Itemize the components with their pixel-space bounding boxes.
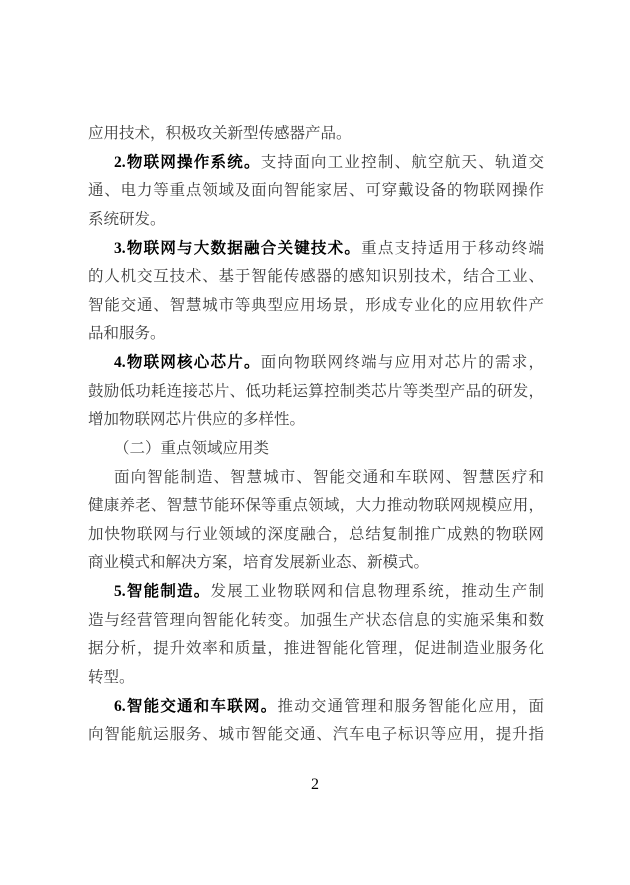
paragraph-heading-run: 6.智能交通和车联网。	[114, 698, 277, 715]
text-run: 推动交通管理和服务智能化应用，面	[277, 698, 544, 715]
paragraph-heading-run: 4.物联网核心芯片。	[114, 354, 261, 371]
paragraph-heading-run: 5.智能制造。	[114, 583, 211, 600]
text-line: 3.物联网与大数据融合关键技术。重点支持适用于移动终端	[88, 235, 544, 264]
text-run: 应用技术，积极攻关新型传感器产品。	[88, 125, 352, 142]
text-line: 应用技术，积极攻关新型传感器产品。	[88, 120, 544, 149]
text-line: 增加物联网芯片供应的多样性。	[88, 406, 544, 435]
text-run: 健康养老、智慧节能环保等重点领域，大力推动物联网规模应用，	[88, 497, 544, 514]
text-line: 5.智能制造。发展工业物联网和信息物理系统，推动生产制	[88, 578, 544, 607]
text-line: 品和服务。	[88, 320, 544, 349]
text-run: 转型。	[88, 669, 135, 686]
text-run: 增加物联网芯片供应的多样性。	[88, 411, 305, 428]
text-line: 鼓励低功耗连接芯片、低功耗运算控制类芯片等类型产品的研发，	[88, 378, 544, 407]
text-run: 面向智能制造、智慧城市、智能交通和车联网、智慧医疗和	[114, 469, 544, 486]
text-line: 向智能航运服务、城市智能交通、汽车电子标识等应用，提升指	[88, 721, 544, 750]
text-line: 系统研发。	[88, 206, 544, 235]
text-run: （二）重点领域应用类	[114, 440, 269, 457]
text-run: 系统研发。	[88, 211, 166, 228]
text-line: 的人机交互技术、基于智能传感器的感知识别技术，结合工业、	[88, 263, 544, 292]
page-number: 2	[0, 776, 630, 794]
text-run: 通、电力等重点领域及面向智能家居、可穿戴设备的物联网操作	[88, 182, 544, 199]
document-page: 应用技术，积极攻关新型传感器产品。2.物联网操作系统。支持面向工业控制、航空航天…	[0, 0, 630, 885]
text-line: 6.智能交通和车联网。推动交通管理和服务智能化应用，面	[88, 693, 544, 722]
text-run: 智能交通、智慧城市等典型应用场景，形成专业化的应用软件产	[88, 297, 544, 314]
text-run: 品和服务。	[88, 325, 166, 342]
text-run: 商业模式和解决方案，培育发展新业态、新模式。	[88, 554, 429, 571]
text-line: 通、电力等重点领域及面向智能家居、可穿戴设备的物联网操作	[88, 177, 544, 206]
text-run: 的人机交互技术、基于智能传感器的感知识别技术，结合工业、	[88, 268, 544, 285]
text-line: 健康养老、智慧节能环保等重点领域，大力推动物联网规模应用，	[88, 492, 544, 521]
text-run: 发展工业物联网和信息物理系统，推动生产制	[211, 583, 544, 600]
text-run: 鼓励低功耗连接芯片、低功耗运算控制类芯片等类型产品的研发，	[88, 383, 544, 400]
text-run: 造与经营管理向智能化转变。加强生产状态信息的实施采集和数	[88, 612, 544, 629]
text-line: 造与经营管理向智能化转变。加强生产状态信息的实施采集和数	[88, 607, 544, 636]
paragraph-heading-run: 3.物联网与大数据融合关键技术。	[114, 240, 361, 257]
text-run: 据分析，提升效率和质量，推进智能化管理，促进制造业服务化	[88, 640, 544, 657]
paragraph-heading-run: 2.物联网操作系统。	[114, 154, 261, 171]
text-run: 加快物联网与行业领域的深度融合，总结复制推广成熟的物联网	[88, 526, 544, 543]
text-line: 商业模式和解决方案，培育发展新业态、新模式。	[88, 549, 544, 578]
text-line: 4.物联网核心芯片。面向物联网终端与应用对芯片的需求，	[88, 349, 544, 378]
text-line: （二）重点领域应用类	[88, 435, 544, 464]
text-line: 加快物联网与行业领域的深度融合，总结复制推广成熟的物联网	[88, 521, 544, 550]
text-line: 转型。	[88, 664, 544, 693]
text-line: 智能交通、智慧城市等典型应用场景，形成专业化的应用软件产	[88, 292, 544, 321]
text-run: 重点支持适用于移动终端	[361, 240, 544, 257]
document-body: 应用技术，积极攻关新型传感器产品。2.物联网操作系统。支持面向工业控制、航空航天…	[88, 120, 544, 750]
text-line: 面向智能制造、智慧城市、智能交通和车联网、智慧医疗和	[88, 464, 544, 493]
text-run: 支持面向工业控制、航空航天、轨道交	[261, 154, 544, 171]
text-run: 面向物联网终端与应用对芯片的需求，	[261, 354, 544, 371]
text-line: 据分析，提升效率和质量，推进智能化管理，促进制造业服务化	[88, 635, 544, 664]
text-run: 向智能航运服务、城市智能交通、汽车电子标识等应用，提升指	[88, 726, 544, 743]
text-line: 2.物联网操作系统。支持面向工业控制、航空航天、轨道交	[88, 149, 544, 178]
